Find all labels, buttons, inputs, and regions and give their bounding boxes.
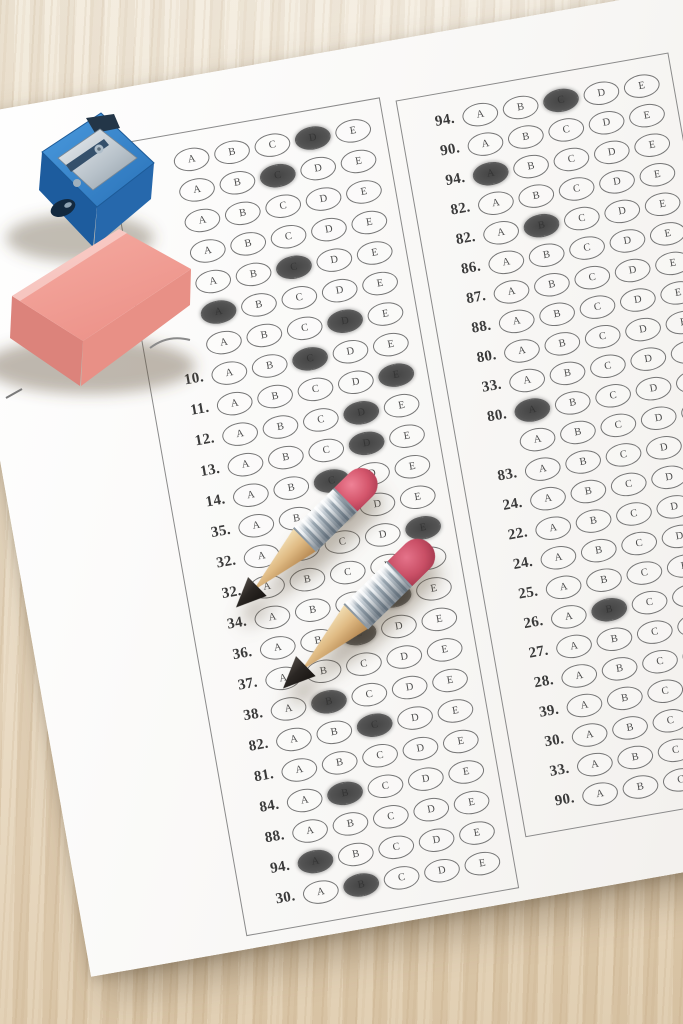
question-number: 25. — [491, 584, 539, 607]
answer-bubble: C — [307, 436, 346, 465]
answer-bubble: D — [613, 256, 652, 285]
answer-bubble-filled: B — [342, 871, 381, 900]
question-number: 81. — [227, 767, 275, 790]
answer-bubble: B — [266, 443, 305, 472]
answer-bubble: D — [649, 462, 683, 491]
answer-bubble-filled: B — [325, 779, 364, 808]
answer-bubble: E — [658, 278, 683, 307]
question-number — [153, 347, 198, 355]
answer-bubble: B — [610, 713, 649, 742]
answer-bubble: E — [638, 160, 677, 189]
answer-bubble: A — [533, 513, 572, 542]
answer-bubble: C — [562, 204, 601, 233]
photo-stage: ABCDEABCDEABCDEABCDEABCDEABCDEABCDE10.AB… — [0, 0, 683, 1024]
question-number: 27. — [502, 643, 550, 666]
answer-bubble: E — [622, 71, 661, 100]
answer-bubble: D — [655, 492, 683, 521]
answer-bubble: A — [481, 218, 520, 247]
answer-bubble: A — [285, 786, 324, 815]
answer-bubble: C — [366, 772, 405, 801]
answer-bubble: E — [436, 697, 475, 726]
answer-bubble: A — [237, 511, 276, 540]
answer-bubble: D — [587, 108, 626, 137]
question-number: 94. — [408, 111, 456, 134]
answer-bubble: C — [344, 650, 383, 679]
answer-bubble: E — [414, 574, 453, 603]
answer-bubble: A — [215, 389, 254, 418]
answer-bubble: E — [333, 116, 372, 145]
answer-bubble: D — [660, 521, 683, 550]
answer-bubble: B — [621, 772, 660, 801]
question-number: 26. — [497, 613, 545, 636]
answer-bubble: D — [309, 215, 348, 244]
answer-bubble: B — [255, 382, 294, 411]
answer-bubble: D — [422, 856, 461, 885]
answer-bubble: C — [578, 292, 617, 321]
answer-bubble: E — [643, 189, 682, 218]
answer-bubble: D — [390, 673, 429, 702]
answer-bubble: D — [582, 78, 621, 107]
answer-bubble: A — [231, 481, 270, 510]
answer-bubble-filled: C — [541, 85, 580, 114]
answer-bubble: D — [363, 520, 402, 549]
answer-bubble: C — [630, 588, 669, 617]
question-number: 88. — [444, 318, 492, 341]
answer-bubble: E — [360, 269, 399, 298]
question-number: 90. — [528, 791, 576, 814]
answer-bubble: A — [177, 175, 216, 204]
answer-bubble: E — [420, 605, 459, 634]
answer-bubble-filled: B — [522, 211, 561, 240]
answer-bubble: C — [253, 131, 292, 160]
question-number: 14. — [179, 492, 227, 515]
answer-bubble: A — [554, 631, 593, 660]
answer-bubble: A — [466, 129, 505, 158]
answer-bubble: A — [565, 691, 604, 720]
answer-bubble: B — [584, 565, 623, 594]
question-number — [126, 194, 171, 202]
answer-bubble: C — [651, 706, 683, 735]
answer-bubble: C — [640, 647, 679, 676]
answer-bubble: B — [574, 506, 613, 535]
answer-bubble: E — [463, 849, 502, 878]
answer-bubble-filled: D — [342, 398, 381, 427]
answer-bubble: A — [210, 359, 249, 388]
answer-bubble: C — [269, 222, 308, 251]
answer-bubble: E — [674, 367, 683, 396]
answer-bubble: B — [506, 122, 545, 151]
answer-bubble: C — [371, 802, 410, 831]
answer-bubble: A — [269, 694, 308, 723]
answer-bubble-filled: A — [296, 847, 335, 876]
answer-bubble: A — [188, 237, 227, 266]
answer-bubble: D — [644, 433, 683, 462]
answer-bubble: E — [350, 208, 389, 237]
answer-bubble: C — [604, 440, 643, 469]
question-number: 10. — [157, 370, 205, 393]
answer-bubble: B — [543, 329, 582, 358]
answer-bubble: E — [664, 308, 683, 337]
answer-bubble: E — [366, 300, 405, 329]
answer-bubble: D — [298, 154, 337, 183]
answer-bubble: A — [460, 100, 499, 129]
answer-bubble: B — [272, 474, 311, 503]
question-number: 34. — [200, 614, 248, 637]
answer-bubble: B — [501, 93, 540, 122]
answer-bubble: E — [344, 178, 383, 207]
answer-bubble: A — [476, 188, 515, 217]
answer-bubble: B — [212, 138, 251, 167]
answer-bubble: E — [371, 330, 410, 359]
answer-bubble: D — [634, 374, 673, 403]
answer-bubble: B — [228, 229, 267, 258]
question-number: 84. — [233, 798, 281, 821]
question-number: 35. — [184, 523, 232, 546]
answer-bubble: C — [263, 192, 302, 221]
answer-bubble: D — [401, 734, 440, 763]
answer-bubble: A — [226, 450, 265, 479]
answer-bubble: D — [406, 765, 445, 794]
answer-bubble: C — [285, 314, 324, 343]
question-number: 30. — [517, 732, 565, 755]
answer-bubble: C — [625, 558, 664, 587]
question-number: 80. — [460, 407, 508, 430]
answer-bubble: B — [239, 290, 278, 319]
question-number — [121, 164, 166, 172]
question-number: 22. — [481, 525, 529, 548]
answer-bubble: C — [609, 469, 648, 498]
question-number: 37. — [211, 676, 259, 699]
answer-bubble: A — [487, 247, 526, 276]
answer-bubble: E — [648, 219, 683, 248]
answer-bubble: E — [452, 788, 491, 817]
question-number: 12. — [168, 431, 216, 454]
answer-bubble: C — [377, 833, 416, 862]
question-number: 82. — [424, 200, 472, 223]
question-number: 24. — [486, 554, 534, 577]
answer-bubble: D — [331, 337, 370, 366]
answer-bubble: C — [328, 558, 367, 587]
answer-bubble-filled: C — [274, 253, 313, 282]
question-number: 11. — [163, 401, 211, 424]
question-number: 33. — [523, 761, 571, 784]
answer-bubble: B — [605, 683, 644, 712]
answer-bubble-filled: A — [471, 159, 510, 188]
answer-bubble: D — [320, 276, 359, 305]
answer-bubble: D — [412, 795, 451, 824]
answer-bubble: B — [336, 840, 375, 869]
answer-bubble-filled: D — [293, 124, 332, 153]
answer-bubble: C — [301, 405, 340, 434]
question-number: 32. — [189, 553, 237, 576]
answer-bubble: D — [592, 137, 631, 166]
answer-bubble: D — [675, 610, 683, 639]
answer-bubble: A — [580, 779, 619, 808]
answer-bubble: B — [245, 321, 284, 350]
question-number — [137, 255, 182, 263]
answer-bubble: A — [544, 572, 583, 601]
answer-bubble: E — [679, 396, 683, 425]
answer-bubble: A — [570, 720, 609, 749]
answer-bubble: B — [223, 199, 262, 228]
answer-bubble: A — [220, 420, 259, 449]
answer-bubble: C — [656, 735, 683, 764]
answer-bubble: C — [614, 499, 653, 528]
answer-bubble: A — [559, 661, 598, 690]
answer-bubble: E — [398, 483, 437, 512]
answer-bubble: A — [301, 878, 340, 907]
answer-bubble: A — [528, 484, 567, 513]
answer-bubble: D — [597, 167, 636, 196]
question-number: 28. — [507, 673, 555, 696]
answer-bubble: A — [172, 145, 211, 174]
answer-bubble: D — [665, 551, 683, 580]
answer-bubble: C — [296, 375, 335, 404]
answer-bubble-filled: E — [377, 361, 416, 390]
answer-bubble-filled: D — [325, 307, 364, 336]
question-number: 90. — [413, 141, 461, 164]
answer-bubble: A — [539, 543, 578, 572]
answer-bubble: C — [599, 410, 638, 439]
answer-bubble: B — [320, 748, 359, 777]
answer-bubble: D — [385, 643, 424, 672]
question-number — [148, 317, 193, 325]
answer-bubble: E — [441, 727, 480, 756]
answer-bubble: B — [261, 413, 300, 442]
answer-bubble-filled: C — [355, 711, 394, 740]
question-number: 82. — [222, 737, 270, 760]
answer-bubble: B — [250, 352, 289, 381]
answer-bubble: D — [602, 196, 641, 225]
answer-bubble: C — [350, 680, 389, 709]
question-number: 36. — [206, 645, 254, 668]
answer-bubble: E — [457, 819, 496, 848]
answer-bubble: C — [552, 145, 591, 174]
answer-bubble: A — [507, 366, 546, 395]
answer-bubble: C — [546, 115, 585, 144]
answer-bubble: D — [395, 704, 434, 733]
answer-bubble: A — [274, 725, 313, 754]
question-number: 94. — [418, 170, 466, 193]
answer-bubble-filled: A — [199, 298, 238, 327]
answer-bubble: B — [615, 743, 654, 772]
answer-bubble: E — [653, 248, 683, 277]
question-number: 88. — [238, 828, 286, 851]
answer-bubble: E — [430, 666, 469, 695]
answer-bubble: C — [360, 741, 399, 770]
question-number: 30. — [249, 889, 297, 912]
answer-bubble: B — [600, 654, 639, 683]
answer-bubble: D — [304, 185, 343, 214]
question-number: 39. — [512, 702, 560, 725]
answer-bubble: D — [379, 612, 418, 641]
answer-bubble: C — [645, 676, 683, 705]
answer-bubble-filled: B — [309, 687, 348, 716]
answer-bubble-filled: C — [290, 344, 329, 373]
answer-bubble: C — [382, 863, 421, 892]
answer-bubble: A — [575, 750, 614, 779]
answer-bubble: C — [280, 283, 319, 312]
answer-bubble: B — [331, 809, 370, 838]
answer-bubble: E — [446, 758, 485, 787]
question-number: 94. — [243, 859, 291, 882]
answer-bubble: E — [339, 147, 378, 176]
answer-bubble: B — [569, 477, 608, 506]
answer-bubble: E — [627, 101, 666, 130]
answer-bubble-filled: B — [589, 595, 628, 624]
answer-bubble: C — [661, 765, 683, 794]
answer-bubble: A — [183, 206, 222, 235]
answer-bubble: B — [516, 181, 555, 210]
answer-bubble: A — [280, 756, 319, 785]
question-number — [132, 225, 177, 233]
answer-bubble: D — [608, 226, 647, 255]
answer-bubble: B — [234, 260, 273, 289]
answer-bubble: B — [315, 718, 354, 747]
answer-bubble: D — [639, 403, 678, 432]
answer-bubble: E — [669, 337, 683, 366]
question-number: 38. — [216, 706, 264, 729]
answer-bubble: D — [417, 826, 456, 855]
answer-bubble: C — [635, 617, 674, 646]
answer-bubble-filled: C — [258, 161, 297, 190]
answer-bubble: B — [563, 447, 602, 476]
question-number: 86. — [434, 259, 482, 282]
answer-bubble: E — [355, 239, 394, 268]
answer-bubble: C — [619, 529, 658, 558]
question-number — [142, 286, 187, 294]
answer-bubble: B — [579, 536, 618, 565]
answer-bubble: A — [193, 267, 232, 296]
question-number: 13. — [173, 462, 221, 485]
answer-bubble: D — [315, 246, 354, 275]
answer-bubble: D — [336, 368, 375, 397]
answer-bubble: C — [557, 174, 596, 203]
answer-bubble: B — [511, 152, 550, 181]
question-number: 82. — [429, 229, 477, 252]
answer-bubble: D — [618, 285, 657, 314]
answer-bubble: A — [204, 328, 243, 357]
answer-bubble: A — [290, 817, 329, 846]
answer-bubble: E — [632, 130, 671, 159]
question-number: 87. — [439, 289, 487, 312]
answer-bubble: B — [595, 624, 634, 653]
answer-bubble: B — [218, 168, 257, 197]
answer-bubble: D — [670, 581, 683, 610]
answer-bubble: A — [549, 602, 588, 631]
answer-bubble: E — [425, 635, 464, 664]
